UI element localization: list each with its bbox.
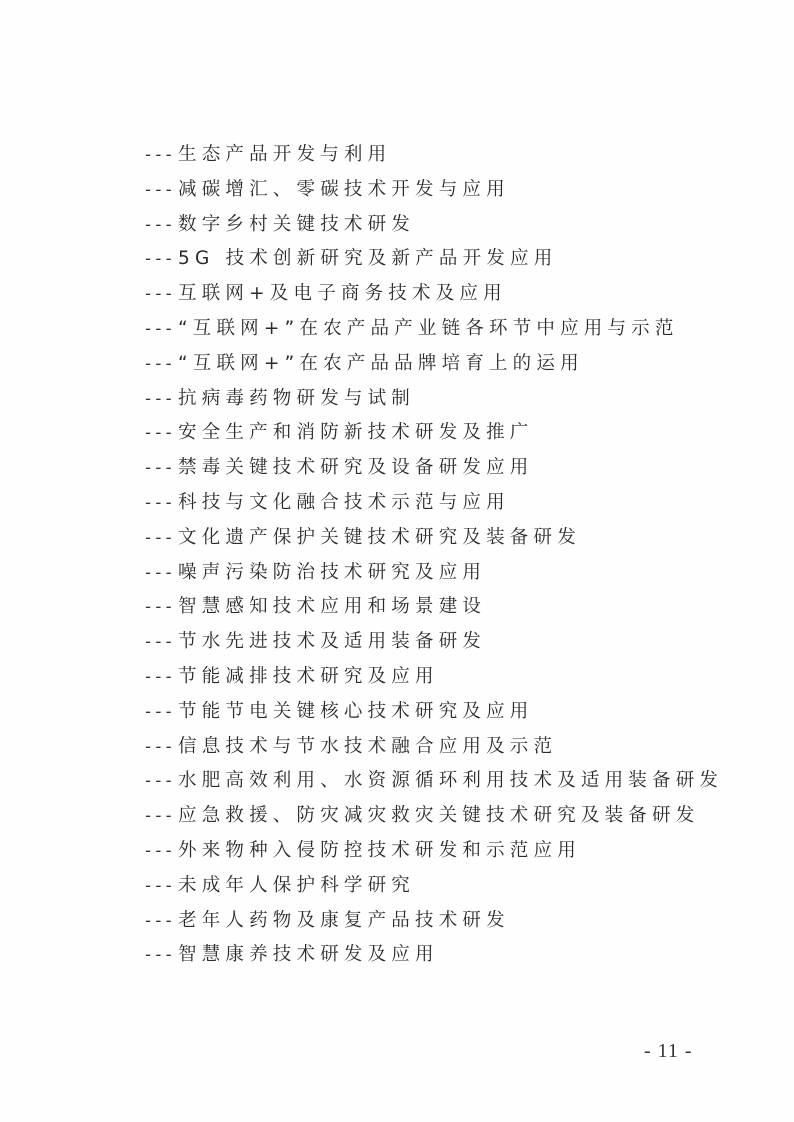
list-item: ---禁毒关键技术研究及设备研发应用 bbox=[143, 451, 723, 486]
dash-bullet: --- bbox=[143, 138, 178, 173]
dash-bullet: --- bbox=[143, 764, 178, 799]
list-item: ---5G 技术创新研究及新产品开发应用 bbox=[143, 242, 723, 277]
dash-bullet: --- bbox=[143, 556, 178, 591]
list-item-text: 安全生产和消防新技术研发及推广 bbox=[178, 422, 534, 443]
list-item-text: 智慧康养技术研发及应用 bbox=[178, 944, 439, 965]
list-item: ---节水先进技术及适用装备研发 bbox=[143, 625, 723, 660]
list-item-text: 信息技术与节水技术融合应用及示范 bbox=[178, 736, 557, 757]
list-item-text: 减碳增汇、零碳技术开发与应用 bbox=[178, 179, 510, 200]
dash-bullet: --- bbox=[143, 208, 178, 243]
dash-bullet: --- bbox=[143, 382, 178, 417]
list-item: ---噪声污染防治技术研究及应用 bbox=[143, 556, 723, 591]
list-item: ---“互联网+”在农产品产业链各环节中应用与示范 bbox=[143, 312, 723, 347]
dash-bullet: --- bbox=[143, 904, 178, 939]
list-item: ---数字乡村关键技术研发 bbox=[143, 208, 723, 243]
list-item-text: 水肥高效利用、水资源循环利用技术及适用装备研发 bbox=[178, 770, 723, 791]
list-item-text: 节能节电关键核心技术研究及应用 bbox=[178, 701, 534, 722]
dash-bullet: --- bbox=[143, 730, 178, 765]
list-item: ---智慧康养技术研发及应用 bbox=[143, 938, 723, 973]
dash-bullet: --- bbox=[143, 277, 178, 312]
dash-bullet: --- bbox=[143, 242, 178, 277]
list-item: ---外来物种入侵防控技术研发和示范应用 bbox=[143, 834, 723, 869]
list-item-text: 数字乡村关键技术研发 bbox=[178, 214, 415, 235]
list-item-text: 外来物种入侵防控技术研发和示范应用 bbox=[178, 840, 581, 861]
list-item-text: 科技与文化融合技术示范与应用 bbox=[178, 492, 510, 513]
list-item: ---抗病毒药物研发与试制 bbox=[143, 382, 723, 417]
list-item-text: 智慧感知技术应用和场景建设 bbox=[178, 596, 486, 617]
research-topic-list: ---生态产品开发与利用 ---减碳增汇、零碳技术开发与应用 ---数字乡村关键… bbox=[143, 138, 723, 973]
dash-bullet: --- bbox=[143, 834, 178, 869]
list-item-text: 节能减排技术研究及应用 bbox=[178, 666, 439, 687]
document-page: ---生态产品开发与利用 ---减碳增汇、零碳技术开发与应用 ---数字乡村关键… bbox=[0, 0, 794, 1122]
list-item: ---减碳增汇、零碳技术开发与应用 bbox=[143, 173, 723, 208]
dash-bullet: --- bbox=[143, 312, 178, 347]
dash-bullet: --- bbox=[143, 869, 178, 904]
dash-bullet: --- bbox=[143, 451, 178, 486]
dash-bullet: --- bbox=[143, 416, 178, 451]
list-item-text: 未成年人保护科学研究 bbox=[178, 875, 415, 896]
page-number: - 11 - bbox=[644, 1040, 693, 1063]
list-item-text: 应急救援、防灾减灾救灾关键技术研究及装备研发 bbox=[178, 805, 699, 826]
dash-bullet: --- bbox=[143, 521, 178, 556]
list-item: ---智慧感知技术应用和场景建设 bbox=[143, 590, 723, 625]
list-item-text: 生态产品开发与利用 bbox=[178, 144, 391, 165]
list-item: ---未成年人保护科学研究 bbox=[143, 869, 723, 904]
dash-bullet: --- bbox=[143, 695, 178, 730]
dash-bullet: --- bbox=[143, 486, 178, 521]
list-item-text: “互联网+”在农产品品牌培育上的运用 bbox=[178, 353, 584, 374]
list-item: ---安全生产和消防新技术研发及推广 bbox=[143, 416, 723, 451]
list-item: ---老年人药物及康复产品技术研发 bbox=[143, 904, 723, 939]
dash-bullet: --- bbox=[143, 590, 178, 625]
dash-bullet: --- bbox=[143, 660, 178, 695]
list-item: ---应急救援、防灾减灾救灾关键技术研究及装备研发 bbox=[143, 799, 723, 834]
list-item: ---生态产品开发与利用 bbox=[143, 138, 723, 173]
list-item: ---信息技术与节水技术融合应用及示范 bbox=[143, 730, 723, 765]
list-item-text: “互联网+”在农产品产业链各环节中应用与示范 bbox=[178, 318, 679, 339]
list-item-text: 文化遗产保护关键技术研究及装备研发 bbox=[178, 527, 581, 548]
list-item: ---文化遗产保护关键技术研究及装备研发 bbox=[143, 521, 723, 556]
dash-bullet: --- bbox=[143, 938, 178, 973]
list-item-text: 禁毒关键技术研究及设备研发应用 bbox=[178, 457, 534, 478]
dash-bullet: --- bbox=[143, 173, 178, 208]
list-item: ---互联网+及电子商务技术及应用 bbox=[143, 277, 723, 312]
list-item: ---节能节电关键核心技术研究及应用 bbox=[143, 695, 723, 730]
list-item: ---“互联网+”在农产品品牌培育上的运用 bbox=[143, 347, 723, 382]
list-item: ---水肥高效利用、水资源循环利用技术及适用装备研发 bbox=[143, 764, 723, 799]
list-item-text: 老年人药物及康复产品技术研发 bbox=[178, 910, 510, 931]
dash-bullet: --- bbox=[143, 347, 178, 382]
dash-bullet: --- bbox=[143, 799, 178, 834]
list-item: ---节能减排技术研究及应用 bbox=[143, 660, 723, 695]
list-item-text: 5G 技术创新研究及新产品开发应用 bbox=[178, 248, 557, 269]
list-item-text: 抗病毒药物研发与试制 bbox=[178, 388, 415, 409]
list-item-text: 互联网+及电子商务技术及应用 bbox=[178, 283, 507, 304]
list-item: ---科技与文化融合技术示范与应用 bbox=[143, 486, 723, 521]
dash-bullet: --- bbox=[143, 625, 178, 660]
list-item-text: 噪声污染防治技术研究及应用 bbox=[178, 562, 486, 583]
list-item-text: 节水先进技术及适用装备研发 bbox=[178, 631, 486, 652]
